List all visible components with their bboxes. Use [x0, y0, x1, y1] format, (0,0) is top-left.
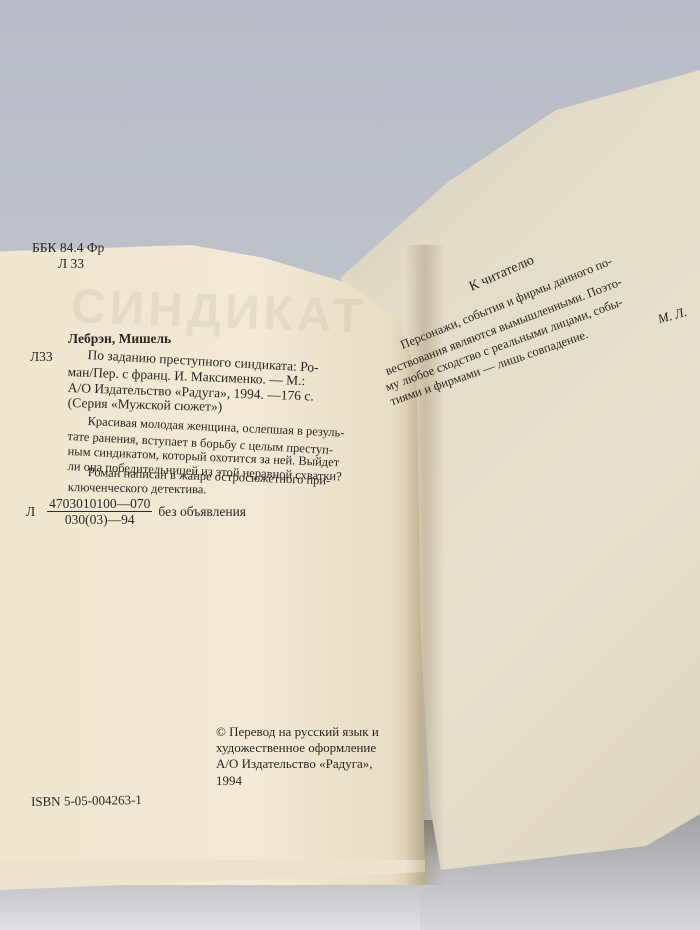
copyright-line-2: художественное оформление: [216, 740, 376, 756]
index-letter: Л: [26, 504, 35, 520]
isbn: ISBN 5-05-004263-1: [31, 792, 142, 810]
copyright-line-4: 1994: [216, 773, 242, 789]
index-denominator: 030(03)—94: [65, 512, 135, 527]
bbk-classification: ББК 84.4 Фр: [32, 240, 104, 256]
index-numerator: 4703010100—070: [47, 496, 152, 512]
catalog-code: Л33: [30, 349, 53, 365]
index-note: без объявления: [158, 504, 246, 520]
index-fraction: 4703010100—070 030(03)—94: [47, 496, 152, 527]
bbk-code: Л 33: [58, 256, 84, 272]
copyright-line-3: А/О Издательство «Радуга»,: [216, 756, 373, 772]
publisher-index: Л 4703010100—070 030(03)—94 без объявлен…: [26, 496, 246, 527]
copyright-line-1: © Перевод на русский язык и: [216, 724, 379, 740]
author-name: Лебрэн, Мишель: [68, 331, 171, 347]
annotation-line-6: ключенческого детектива.: [68, 479, 207, 497]
